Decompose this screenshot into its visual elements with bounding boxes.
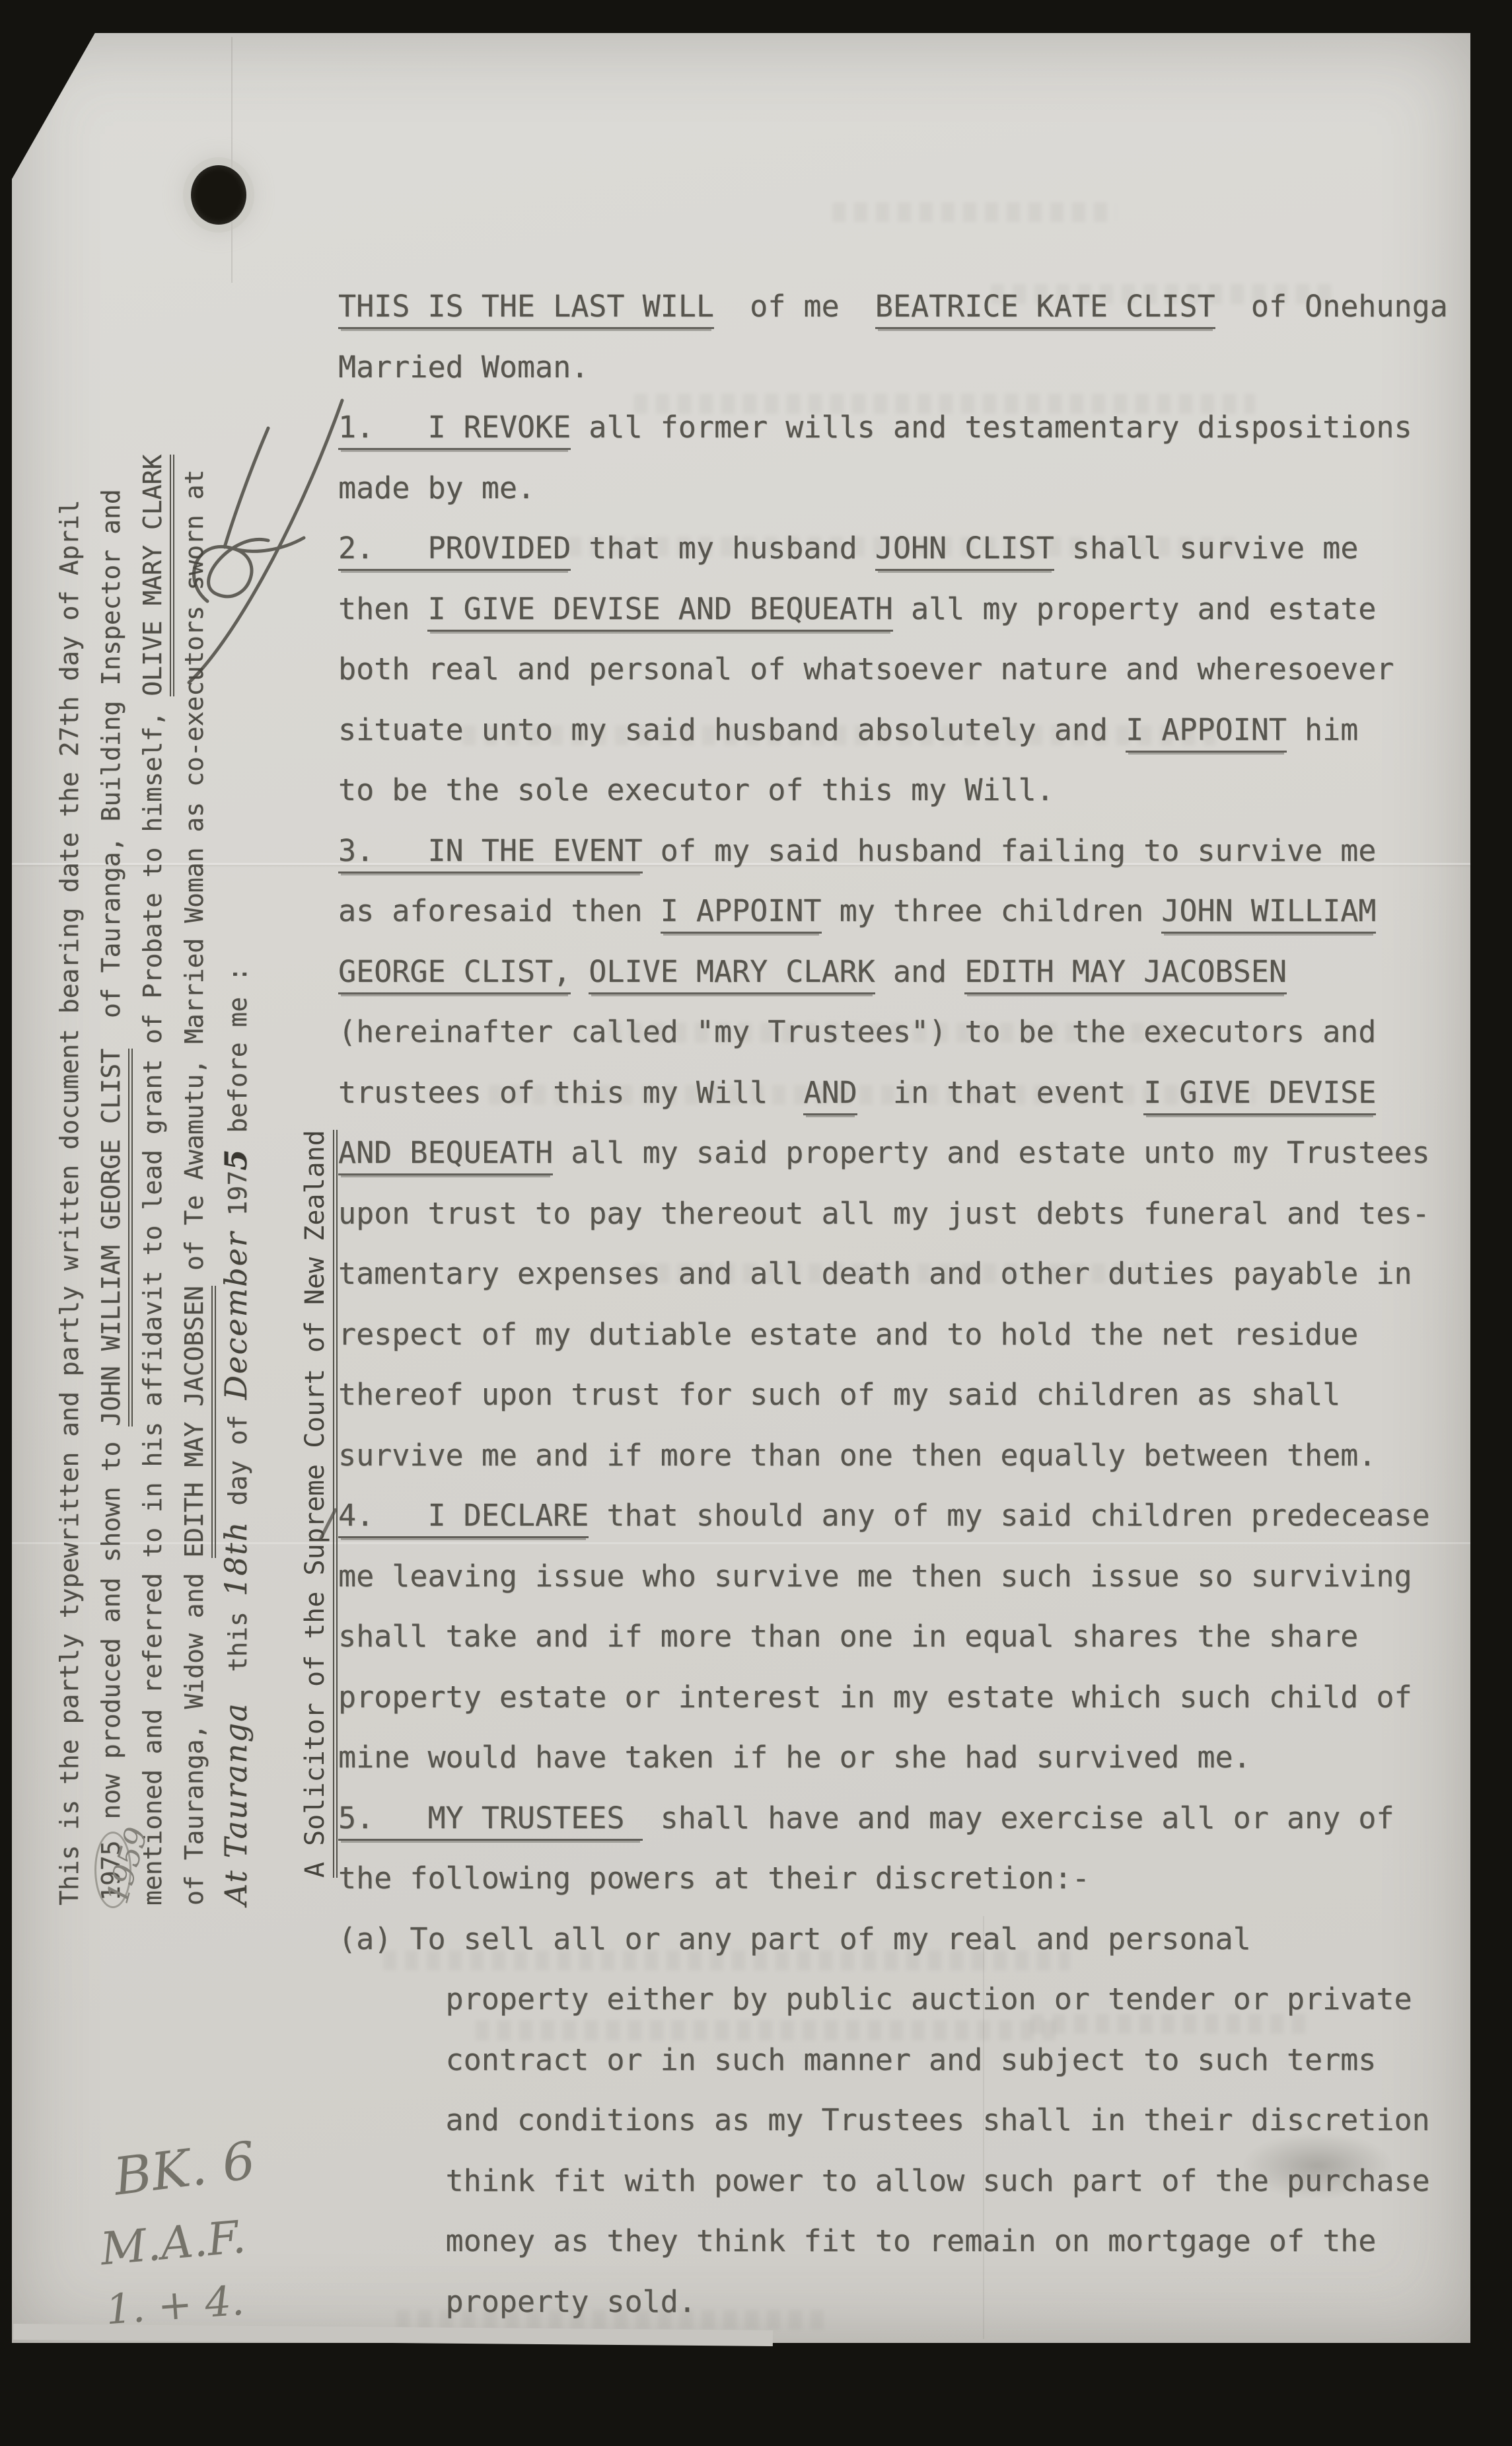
text-line: both real and personal of whatsoever nat… [338, 639, 1448, 700]
text-line: me leaving issue who survive me then suc… [338, 1546, 1448, 1607]
text-line: 2. PROVIDED that my husband JOHN CLIST s… [338, 518, 1448, 579]
text-line: This is the partly typewritten and partl… [49, 386, 90, 1906]
text-line: 5. MY TRUSTEES shall have and may exerci… [338, 1788, 1448, 1849]
text-line: money as they think fit to remain on mor… [338, 2211, 1448, 2272]
text-line: as aforesaid then I APPOINT my three chi… [338, 881, 1448, 942]
text-line: mine would have taken if he or she had s… [338, 1727, 1448, 1788]
text-line: property sold. [338, 2272, 1448, 2332]
bleed-through-smudge [832, 202, 1116, 222]
text-line: upon trust to pay thereout all my just d… [338, 1183, 1448, 1244]
paper-crease [231, 37, 233, 283]
text-line: 1975 now produced and shown to JOHN WILL… [90, 386, 132, 1906]
text-line: 1. I REVOKE all former wills and testame… [338, 397, 1448, 458]
text-line: THIS IS THE LAST WILL of me BEATRICE KAT… [338, 276, 1448, 337]
text-line: AND BEQUEATH all my said property and es… [338, 1123, 1448, 1183]
text-line: made by me. [338, 458, 1448, 519]
text-line: think fit with power to allow such part … [338, 2151, 1448, 2211]
text-line: tamentary expenses and all death and oth… [338, 1243, 1448, 1304]
text-line: mentioned and referred to in his affidav… [132, 386, 174, 1906]
text-line: property estate or interest in my estate… [338, 1667, 1448, 1728]
signature-scribble [169, 382, 354, 692]
text-line: survive me and if more than one then equ… [338, 1425, 1448, 1486]
text-line: contract or in such manner and subject t… [338, 2030, 1448, 2091]
text-line: shall take and if more than one in equal… [338, 1606, 1448, 1667]
hole-punch [191, 165, 246, 225]
text-line: thereof upon trust for such of my said c… [338, 1364, 1448, 1425]
text-line: the following powers at their discretion… [338, 1848, 1448, 1909]
text-line: to be the sole executor of this my Will. [338, 760, 1448, 821]
text-line: property either by public auction or ten… [338, 1969, 1448, 2030]
text-line: 3. IN THE EVENT of my said husband faili… [338, 821, 1448, 881]
text-line: respect of my dutiable estate and to hol… [338, 1304, 1448, 1365]
solicitor-line-label: A Solicitor of the Supreme Court of New … [300, 1130, 338, 1878]
will-body-text: THIS IS THE LAST WILL of me BEATRICE KAT… [338, 276, 1448, 2332]
solicitor-attestation-line: A Solicitor of the Supreme Court of New … [295, 887, 335, 1878]
text-line: Married Woman. [338, 337, 1448, 398]
text-line: trustees of this my Will AND in that eve… [338, 1062, 1448, 1123]
text-line: (hereinafter called "my Trustees") to be… [338, 1002, 1448, 1062]
text-line: then I GIVE DEVISE AND BEQUEATH all my p… [338, 579, 1448, 640]
text-line: and conditions as my Trustees shall in t… [338, 2090, 1448, 2151]
text-line: (a) To sell all or any part of my real a… [338, 1909, 1448, 1970]
text-line: GEORGE CLIST, OLIVE MARY CLARK and EDITH… [338, 942, 1448, 1002]
text-line: 4. I DECLARE that should any of my said … [338, 1485, 1448, 1546]
text-line: situate unto my said husband absolutely … [338, 700, 1448, 760]
annotation-clause-numbers: 1. + 4. [104, 2276, 246, 2334]
